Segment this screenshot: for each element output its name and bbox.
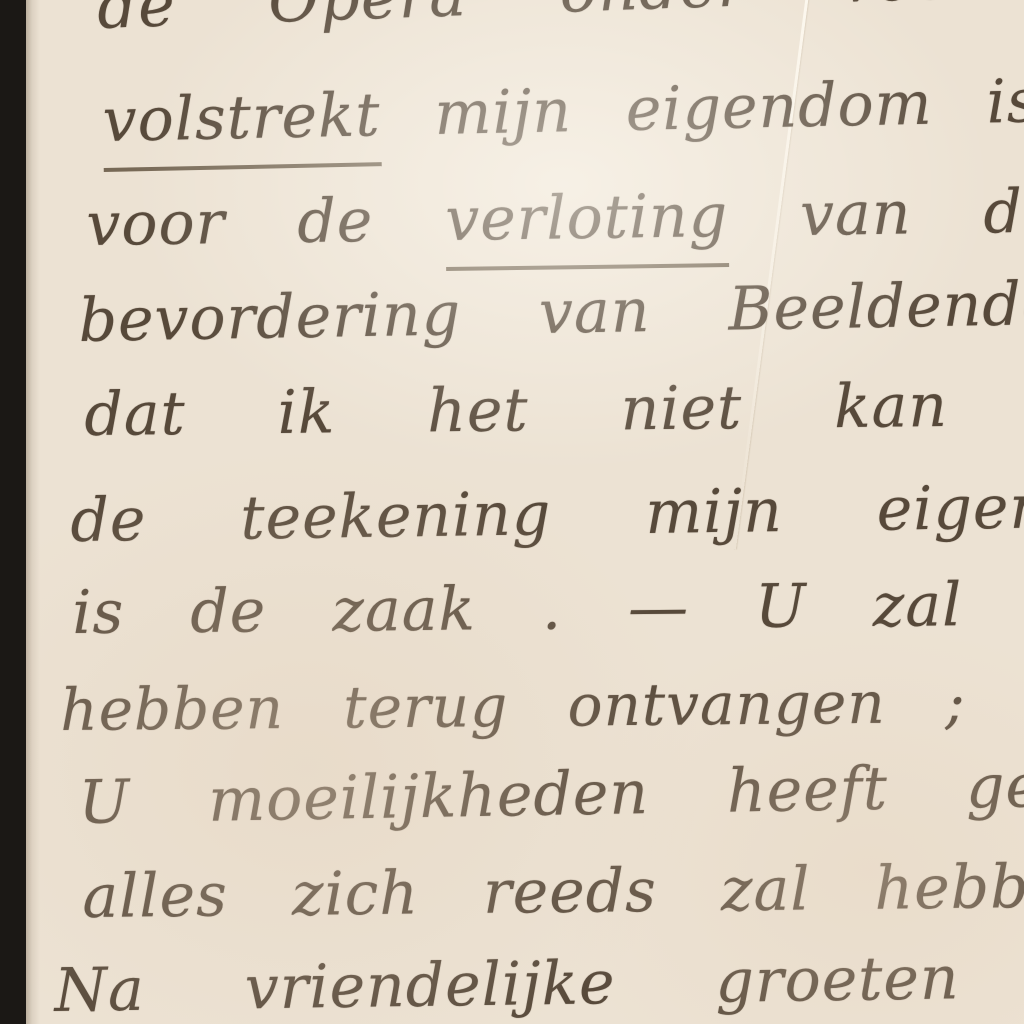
underlined-word: volstrekt xyxy=(102,80,382,172)
handwritten-word-segment: bevordering van Beeldende Kun xyxy=(78,265,1024,356)
scan-background-strip xyxy=(0,0,26,1024)
underlined-word: verloting xyxy=(445,181,729,271)
handwritten-line: de teekening mijn eigendom xyxy=(70,470,1024,556)
handwritten-word-segment: U moeilijkheden heeft gehad xyxy=(78,749,1024,838)
handwritten-word-segment: dat ik het niet kan aanne xyxy=(84,368,1024,450)
handwritten-line: bevordering van Beeldende Kun xyxy=(78,265,1024,356)
handwritten-line: de Opera onder voorwaarde xyxy=(96,0,1024,43)
handwritten-line: U moeilijkheden heeft gehad xyxy=(78,749,1024,838)
letter-scan: de Opera onder voorwaardevolstrekt mijn … xyxy=(0,0,1024,1024)
handwritten-word-segment: alles zich reeds zal hebben ge xyxy=(82,850,1024,932)
handwritten-line: dat ik het niet kan aanne xyxy=(84,368,1024,450)
handwritten-word-segment: voor de xyxy=(86,185,446,260)
handwritten-line: is de zaak . — U zal ge dra xyxy=(72,567,1024,648)
handwritten-word-segment: de Opera onder voorwaarde xyxy=(96,0,1024,43)
handwritten-line: volstrekt mijn eigendom is , xyxy=(102,65,1024,156)
paper-left-edge-shadow xyxy=(26,0,40,1024)
handwritten-line: voor de verloting van de Vere xyxy=(86,173,1024,260)
handwritten-word-segment: de teekening mijn eigendom xyxy=(70,470,1024,556)
handwritten-line: alles zich reeds zal hebben ge xyxy=(82,850,1024,932)
handwritten-line: hebben terug ontvangen ; het U xyxy=(60,666,1024,744)
handwritten-word-segment: mijn eigendom is , xyxy=(380,65,1024,150)
handwritten-word-segment: van de Vere xyxy=(728,173,1024,251)
handwritten-word-segment: is de zaak . — U zal ge dra xyxy=(72,567,1024,648)
handwritten-word-segment: Na vriendelijke groeten xyxy=(54,943,960,1024)
handwritten-line: Na vriendelijke groeten xyxy=(54,943,960,1024)
handwritten-word-segment: hebben terug ontvangen ; het U xyxy=(60,666,1024,744)
